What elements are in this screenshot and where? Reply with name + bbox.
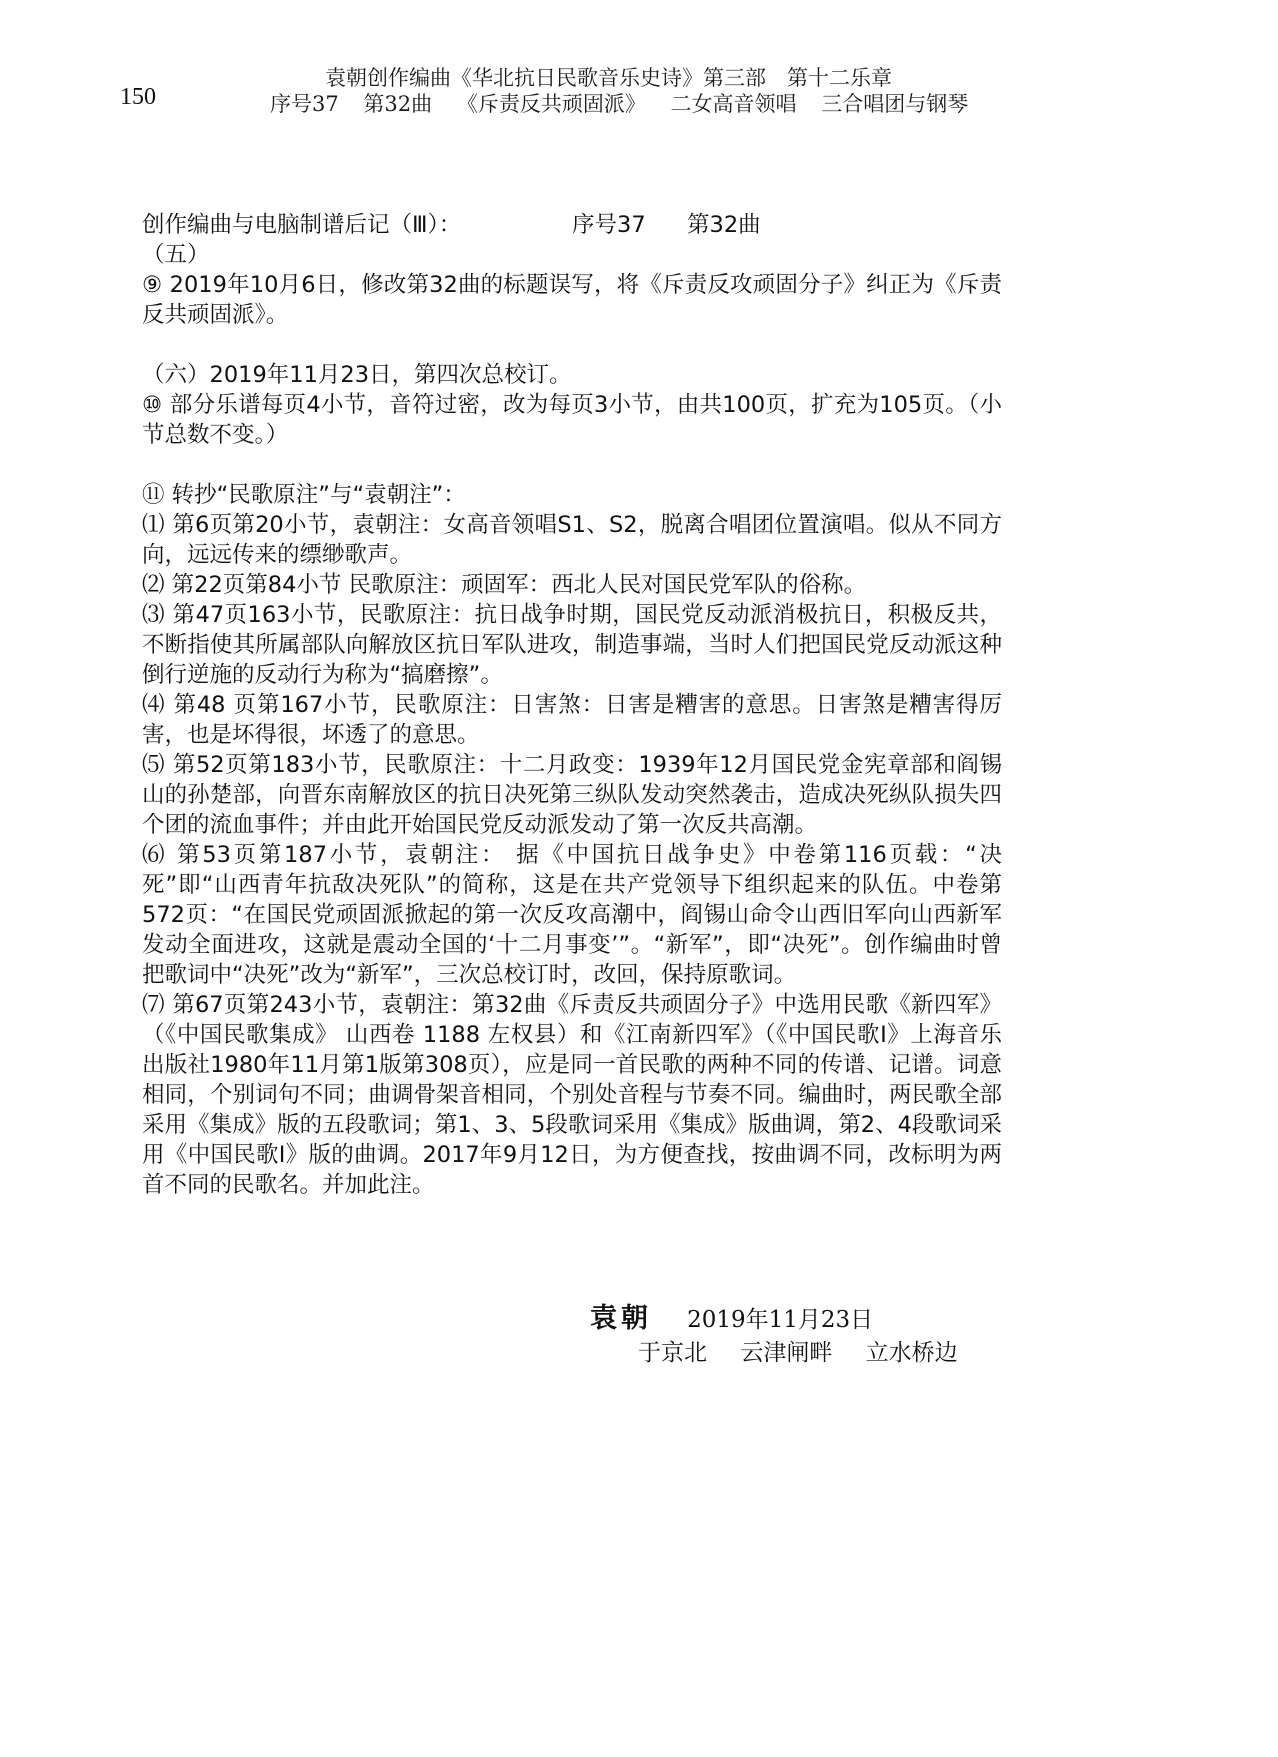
note-10: ⑩ 部分乐谱每页4小节，音符过密，改为每页3小节，由共100页，扩充为105页。…	[142, 390, 1002, 450]
signature-date: 2019年11月23日	[687, 1307, 873, 1333]
afterword-serial: 序号37	[572, 210, 687, 240]
header-solo: 二女高音领唱	[671, 92, 797, 116]
page-number: 150	[120, 84, 156, 111]
annotation-1: ⑴ 第6页第20小节，袁朝注：女高音领唱S1、S2，脱离合唱团位置演唱。似从不同…	[142, 510, 1002, 570]
section-5-heading: （五）	[142, 240, 1002, 270]
annotation-7: ⑺ 第67页第243小节，袁朝注：第32曲《斥责反共顽固分子》中选用民歌《新四军…	[142, 990, 1002, 1200]
annotation-2: ⑵ 第22页第84小节 民歌原注：顽固军：西北人民对国民党军队的俗称。	[142, 570, 1002, 600]
signature-places: 于京北 云津闸畔 立水桥边	[638, 1334, 984, 1367]
note-11-heading: ⑪ 转抄“民歌原注”与“袁朝注”：	[142, 480, 1002, 510]
place-3: 立水桥边	[866, 1340, 958, 1366]
signature-block: 袁朝 2019年11月23日	[590, 1296, 873, 1335]
document-body: 创作编曲与电脑制谱后记（Ⅲ）： 序号37 第32曲 （五） ⑨ 2019年10月…	[142, 200, 1002, 1200]
afterword-title: 创作编曲与电脑制谱后记（Ⅲ）： 序号37 第32曲	[142, 210, 1002, 240]
annotation-3: ⑶ 第47页163小节，民歌原注：抗日战争时期，国民党反动派消极抗日，积极反共，…	[142, 600, 1002, 690]
running-header-line-2: 序号37 第32曲 《斥责反共顽固派》 二女高音领唱 三合唱团与钢琴	[270, 88, 986, 118]
place-2: 云津闸畔	[740, 1340, 832, 1366]
header-serial: 序号37	[270, 92, 339, 116]
header-piece: 第32曲	[363, 92, 432, 116]
header-title: 《斥责反共顽固派》	[457, 92, 646, 116]
annotation-4: ⑷ 第48 页第167小节，民歌原注：日害煞：日害是糟害的意思。日害煞是糟害得厉…	[142, 690, 1002, 750]
annotation-5: ⑸ 第52页第183小节，民歌原注：十二月政变：1939年12月国民党金宪章部和…	[142, 750, 1002, 840]
note-9: ⑨ 2019年10月6日，修改第32曲的标题误写，将《斥责反攻顽固分子》纠正为《…	[142, 270, 1002, 330]
header-ensemble: 三合唱团与钢琴	[821, 92, 968, 116]
annotation-6: ⑹ 第53页第187小节，袁朝注： 据《中国抗日战争史》中卷第116页载：“决死…	[142, 840, 1002, 990]
afterword-title-text: 创作编曲与电脑制谱后记（Ⅲ）：	[142, 210, 572, 240]
place-1: 于京北	[638, 1340, 707, 1366]
section-6-heading: （六）2019年11月23日，第四次总校订。	[142, 360, 1002, 390]
afterword-piece: 第32曲	[687, 210, 761, 240]
author-signature: 袁朝	[590, 1303, 652, 1334]
